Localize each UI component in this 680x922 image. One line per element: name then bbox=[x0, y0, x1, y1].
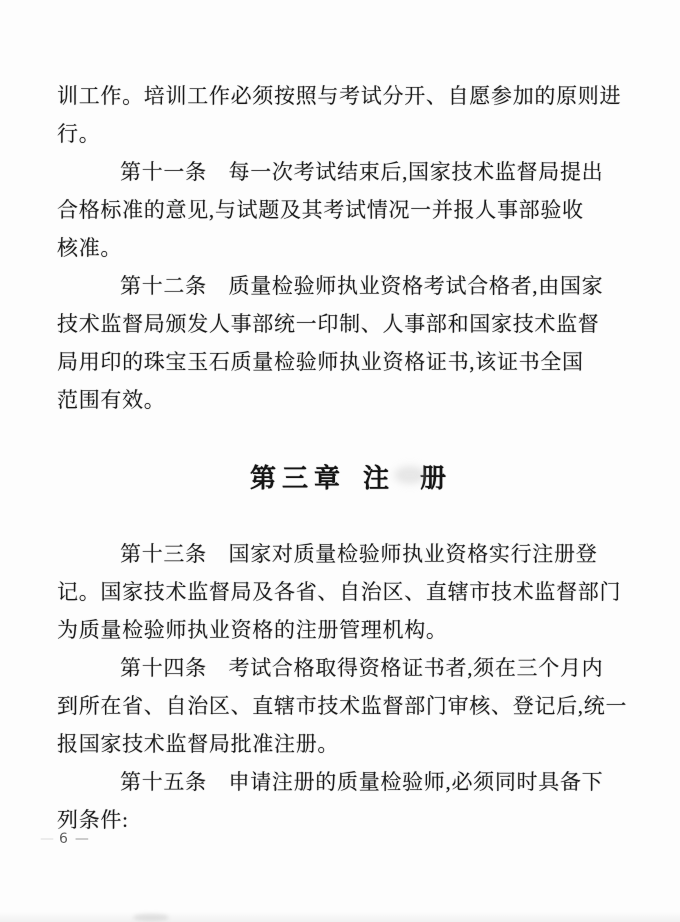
text-line: 合格标准的意见,与试题及其考试情况一并报人事部验收 bbox=[57, 191, 627, 229]
chapter-heading: 第三章 注 册 bbox=[63, 456, 633, 496]
text-line: 局用印的珠宝玉石质量检验师执业资格证书,该证书全国 bbox=[57, 343, 627, 381]
text-line: 行。 bbox=[57, 115, 627, 153]
page-number: 6 bbox=[59, 831, 69, 847]
text-line: 记。国家技术监督局及各省、自治区、直辖市技术监督部门 bbox=[57, 573, 627, 611]
text-line-article-15: 第十五条 申请注册的质量检验师,必须同时具备下 bbox=[57, 763, 627, 801]
text-line-article-12: 第十二条 质量检验师执业资格考试合格者,由国家 bbox=[57, 267, 627, 305]
text-line-article-13: 第十三条 国家对质量检验师执业资格实行注册登 bbox=[57, 535, 627, 573]
text-line-article-11: 第十一条 每一次考试结束后,国家技术监督局提出 bbox=[57, 153, 627, 191]
scan-smudge bbox=[394, 466, 426, 484]
chapter-number: 第三章 bbox=[250, 458, 346, 495]
chapter-title-char-1: 注 bbox=[363, 458, 389, 495]
text-line: 训工作。培训工作必须按照与考试分开、自愿参加的原则进 bbox=[57, 77, 627, 115]
text-line: 核准。 bbox=[57, 229, 627, 267]
scan-edge-shadow bbox=[0, 912, 680, 922]
document-body: 训工作。培训工作必须按照与考试分开、自愿参加的原则进 行。 第十一条 每一次考试… bbox=[57, 77, 627, 839]
page-footer: — 6 — bbox=[40, 830, 89, 848]
text-line: 报国家技术监督局批准注册。 bbox=[57, 725, 627, 763]
text-line: 列条件: bbox=[57, 801, 627, 839]
text-line: 范围有效。 bbox=[57, 381, 627, 419]
text-line-article-14: 第十四条 考试合格取得资格证书者,须在三个月内 bbox=[57, 649, 627, 687]
text-line: 技术监督局颁发人事部统一印制、人事部和国家技术监督 bbox=[57, 305, 627, 343]
footer-dash-right: — bbox=[75, 831, 89, 847]
text-line: 到所在省、自治区、直辖市技术监督部门审核、登记后,统一 bbox=[57, 687, 627, 725]
footer-dash-left: — bbox=[40, 831, 54, 847]
scanned-document-page: 训工作。培训工作必须按照与考试分开、自愿参加的原则进 行。 第十一条 每一次考试… bbox=[0, 0, 680, 922]
text-line: 为质量检验师执业资格的注册管理机构。 bbox=[57, 611, 627, 649]
